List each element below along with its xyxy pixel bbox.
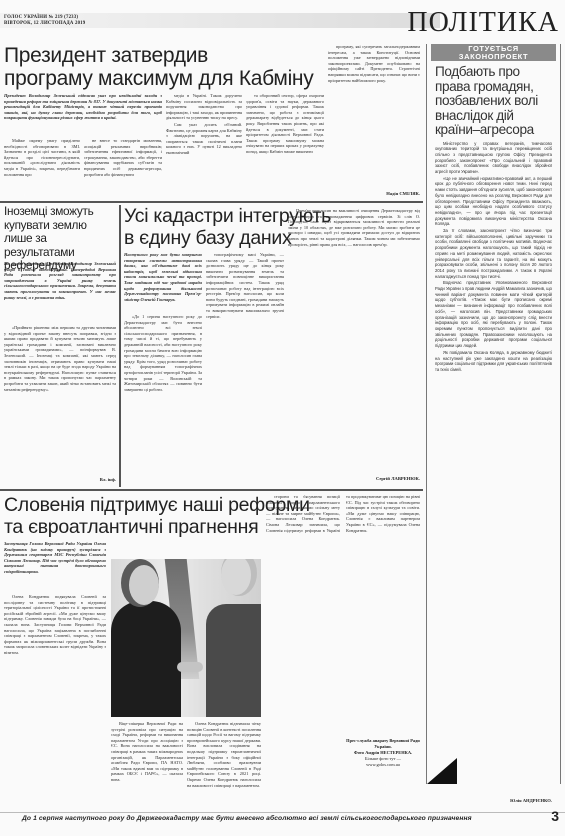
slovenia-col-4: сторони та з'ясування позиції Словенії щ…: [266, 494, 420, 730]
person-left-head: [129, 565, 159, 605]
person-right-head: [221, 559, 251, 595]
page-number: 3: [551, 808, 559, 824]
slovenia-headline: Словенія підтримує наші реформи та євроа…: [4, 494, 310, 538]
cadastres-col-1: «До 1 серпня наступного року до Держгеок…: [124, 314, 202, 486]
sidebar-tag: ГОТУЄТЬСЯ ЗАКОНОПРОЕКТ: [431, 44, 556, 61]
president-col-3: медіа в Україні. Також доручено Кабміну …: [166, 93, 242, 200]
issue-date: ВІВТОРОК, 12 ЛИСТОПАДА 2019: [4, 21, 85, 27]
person-right: [206, 604, 261, 717]
slovenia-col-3: Олена Кондратюк відзначила чітку позицію…: [187, 721, 261, 809]
divider: [0, 489, 423, 491]
newspaper-page: ГОЛОС УКРАЇНИ № 219 (7233) ВІВТОРОК, 12 …: [0, 0, 565, 836]
president-headline: Президент затвердив програму максимум дл…: [4, 44, 313, 90]
president-col-4: та оборонний сектор, сфера охорони здоро…: [246, 93, 324, 200]
footer-rule: [0, 812, 565, 813]
divider: [119, 205, 121, 487]
masthead-meta: ГОЛОС УКРАЇНИ № 219 (7233) ВІВТОРОК, 12 …: [4, 15, 85, 27]
president-byline: Надія СМІЛЯК.: [328, 191, 420, 196]
slovenia-lead: Заступниця Голови Верховної Ради України…: [4, 541, 106, 591]
page-fold-corner: [427, 758, 457, 784]
foreigners-byline: Вл. інф.: [4, 477, 116, 482]
slovenia-credits: Прес-служба апарату Верховної Ради Украї…: [346, 738, 420, 768]
president-col-1: Майже окрему увагу приділено необхідност…: [4, 138, 80, 200]
handshake: [177, 662, 203, 672]
sidebar-box: ГОТУЄТЬСЯ ЗАКОНОПРОЕКТ Подбають про прав…: [426, 44, 561, 784]
sidebar-body: Міністерство у справах ветеранів, тимчас…: [435, 141, 552, 741]
president-col-2: не внесе то стандартів мовлення, асоціац…: [84, 138, 162, 200]
person-left: [111, 601, 181, 717]
slovenia-col-2: Віце-спікерка Верховної Ради на зустрічі…: [111, 721, 183, 809]
cadastres-col-3: Прем'єр наголосив на важливості очищення…: [288, 208, 420, 470]
president-lead: Президент Володимир Зеленський підписав …: [4, 93, 162, 133]
section-title: ПОЛІТИКА: [407, 9, 559, 37]
cadastres-col-2: топографічному мапі України, — сказав гл…: [206, 252, 284, 486]
sidebar-headline: Подбають про права громадян, позбавлених…: [435, 65, 554, 138]
foreigners-body: «Прийнято рішення: між першим та другим …: [4, 325, 116, 475]
slovenia-col-1: Олена Кондратюк подякувала Словенії за п…: [4, 594, 106, 808]
sidebar-byline: Юлія АНДРІЄНКО.: [510, 798, 552, 803]
cadastres-byline: Сергій ЛАВРЕНЮК.: [288, 476, 420, 481]
divider: [0, 201, 423, 203]
footer-quote: До 1 серпня наступного року до Держгеока…: [22, 815, 472, 822]
cadastres-lead: Наступного року має бути завершено створ…: [124, 252, 202, 312]
photo-handshake: [111, 559, 261, 717]
president-col-5: програму, які суперечать загальнодержавн…: [328, 44, 420, 188]
foreigners-lead: На цьому наголосив Президент Володимир З…: [4, 261, 116, 323]
